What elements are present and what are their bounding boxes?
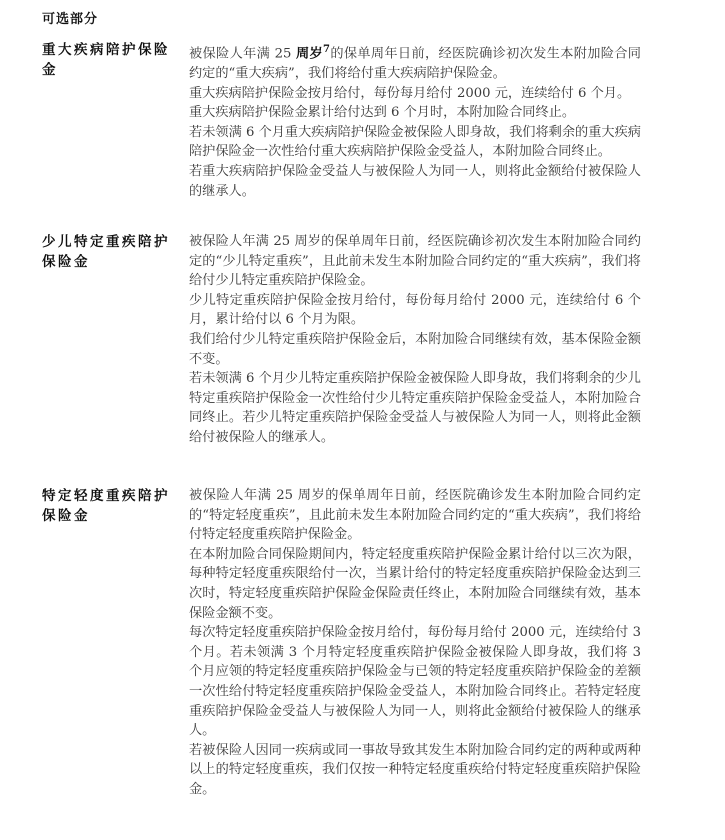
paragraph: 若未领满 6 个月少儿特定重疾陪护保险金被保险人即身故，我们将剩余的少儿特定重疾… <box>189 369 641 447</box>
paragraph: 重大疾病陪护保险金按月给付，每份每月给付 2000 元，连续给付 6 个月。 <box>189 84 641 104</box>
section-heading: 特定轻度重疾陪护保险金 <box>42 486 182 526</box>
paragraph: 若被保险人因同一疾病或同一事故导致其发生本附加险合同约定的两种或两种以上的特定轻… <box>189 741 641 800</box>
section-body: 被保险人年满 25 周岁7的保单周年日前，经医院确诊初次发生本附加险合同约定的“… <box>189 40 641 201</box>
page-title: 可选部分 <box>42 8 98 27</box>
paragraph: 若未领满 6 个月重大疾病陪护保险金被保险人即身故，我们将剩余的重大疾病陪护保险… <box>189 123 641 162</box>
paragraph: 被保险人年满 25 周岁7的保单周年日前，经医院确诊初次发生本附加险合同约定的“… <box>189 40 641 84</box>
paragraph: 每次特定轻度重疾陪护保险金按月给付，每份每月给付 2000 元，连续给付 3 个… <box>189 623 641 741</box>
paragraph: 若重大疾病陪护保险金受益人与被保险人为同一人，则将此金额给付被保险人的继承人。 <box>189 162 641 201</box>
section-body: 被保险人年满 25 周岁的保单周年日前，经医院确诊初次发生本附加险合同约定的“少… <box>189 232 641 448</box>
paragraph: 少儿特定重疾陪护保险金按月给付，每份每月给付 2000 元，连续给付 6 个月，… <box>189 291 641 330</box>
section-heading: 重大疾病陪护保险金 <box>42 40 182 80</box>
paragraph: 被保险人年满 25 周岁的保单周年日前，经医院确诊初次发生本附加险合同约定的“少… <box>189 232 641 291</box>
paragraph: 被保险人年满 25 周岁的保单周年日前，经医院确诊发生本附加险合同约定的“特定轻… <box>189 486 641 545</box>
footnote-term: 周岁 <box>296 46 323 61</box>
section-heading: 少儿特定重疾陪护保险金 <box>42 232 182 272</box>
paragraph: 重大疾病陪护保险金累计给付达到 6 个月时，本附加险合同终止。 <box>189 103 641 123</box>
paragraph-text: 被保险人年满 25 <box>189 46 296 61</box>
paragraph: 我们给付少儿特定重疾陪护保险金后，本附加险合同继续有效，基本保险金额不变。 <box>189 330 641 369</box>
section-body: 被保险人年满 25 周岁的保单周年日前，经医院确诊发生本附加险合同约定的“特定轻… <box>189 486 641 800</box>
paragraph: 在本附加险合同保险期间内，特定轻度重疾陪护保险金累计给付以三次为限，每种特定轻度… <box>189 545 641 623</box>
footnote-marker[interactable]: 7 <box>323 44 330 55</box>
